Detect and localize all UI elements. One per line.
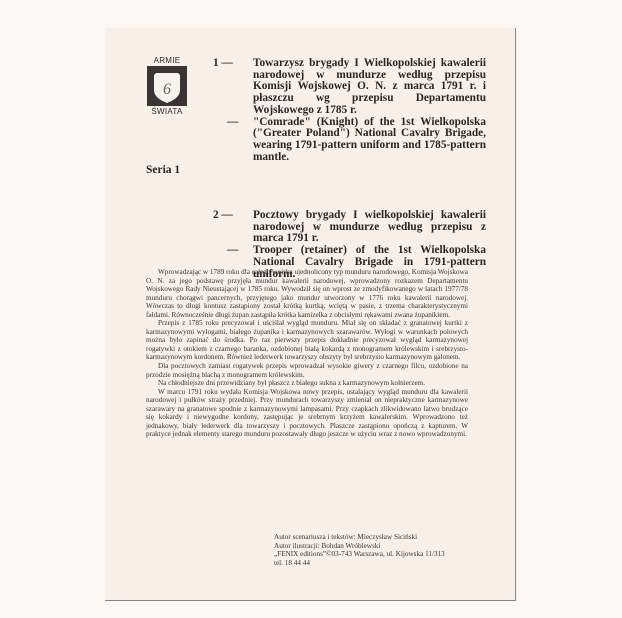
svg-text:6: 6 xyxy=(163,81,171,98)
paragraph: Na chłodniejsze dni przewidziany był pła… xyxy=(146,379,468,388)
shield-icon: 6 xyxy=(147,66,187,106)
caption-1: 1 — Towarzysz brygady I Wielkopolskiej k… xyxy=(253,58,486,163)
caption-1-polish: 1 — Towarzysz brygady I Wielkopolskiej k… xyxy=(253,58,486,117)
caption-1-english: — "Comrade" (Knight) of the 1st Wielkopo… xyxy=(253,117,486,164)
credit-line: tel. 18 44 44 xyxy=(274,559,445,568)
series-label: Seria 1 xyxy=(146,164,180,176)
paragraph: Wprowadzając w 1789 roku dla całego wojs… xyxy=(146,268,468,319)
card-back: ARMIE 6 ŚWIATA Seria 1 1 — Towarzysz bry… xyxy=(105,28,516,601)
credit-line: Autor ilustracji: Bohdan Wróblewski xyxy=(274,542,445,551)
logo-top-text: ARMIE xyxy=(145,56,189,65)
logo-box: 6 xyxy=(147,66,187,106)
paragraph: Dla pocztowych zamiast rogatywek przepis… xyxy=(146,362,468,379)
paragraph: W marcu 1791 roku wydała Komisja Wojskow… xyxy=(146,388,468,439)
paragraph: Przepis z 1785 roku precyzował i uściśla… xyxy=(146,319,468,362)
caption-2-number-dash: 2 — xyxy=(213,210,233,222)
caption-2-polish: 2 — Pocztowy brygady I wielkopolskiej ka… xyxy=(253,210,486,245)
caption-1-number-dash: 1 — xyxy=(213,58,233,70)
series-logo: ARMIE 6 ŚWIATA xyxy=(145,56,189,116)
history-text: Wprowadzając w 1789 roku dla całego wojs… xyxy=(146,268,468,439)
logo-bottom-text: ŚWIATA xyxy=(145,107,189,116)
credit-line: „FENIX editions”©03-743 Warszawa, ul. Ki… xyxy=(274,550,445,559)
credit-line: Autor scenariusza i tekstów: Mieczysław … xyxy=(274,533,445,542)
credits: Autor scenariusza i tekstów: Mieczysław … xyxy=(274,533,445,568)
